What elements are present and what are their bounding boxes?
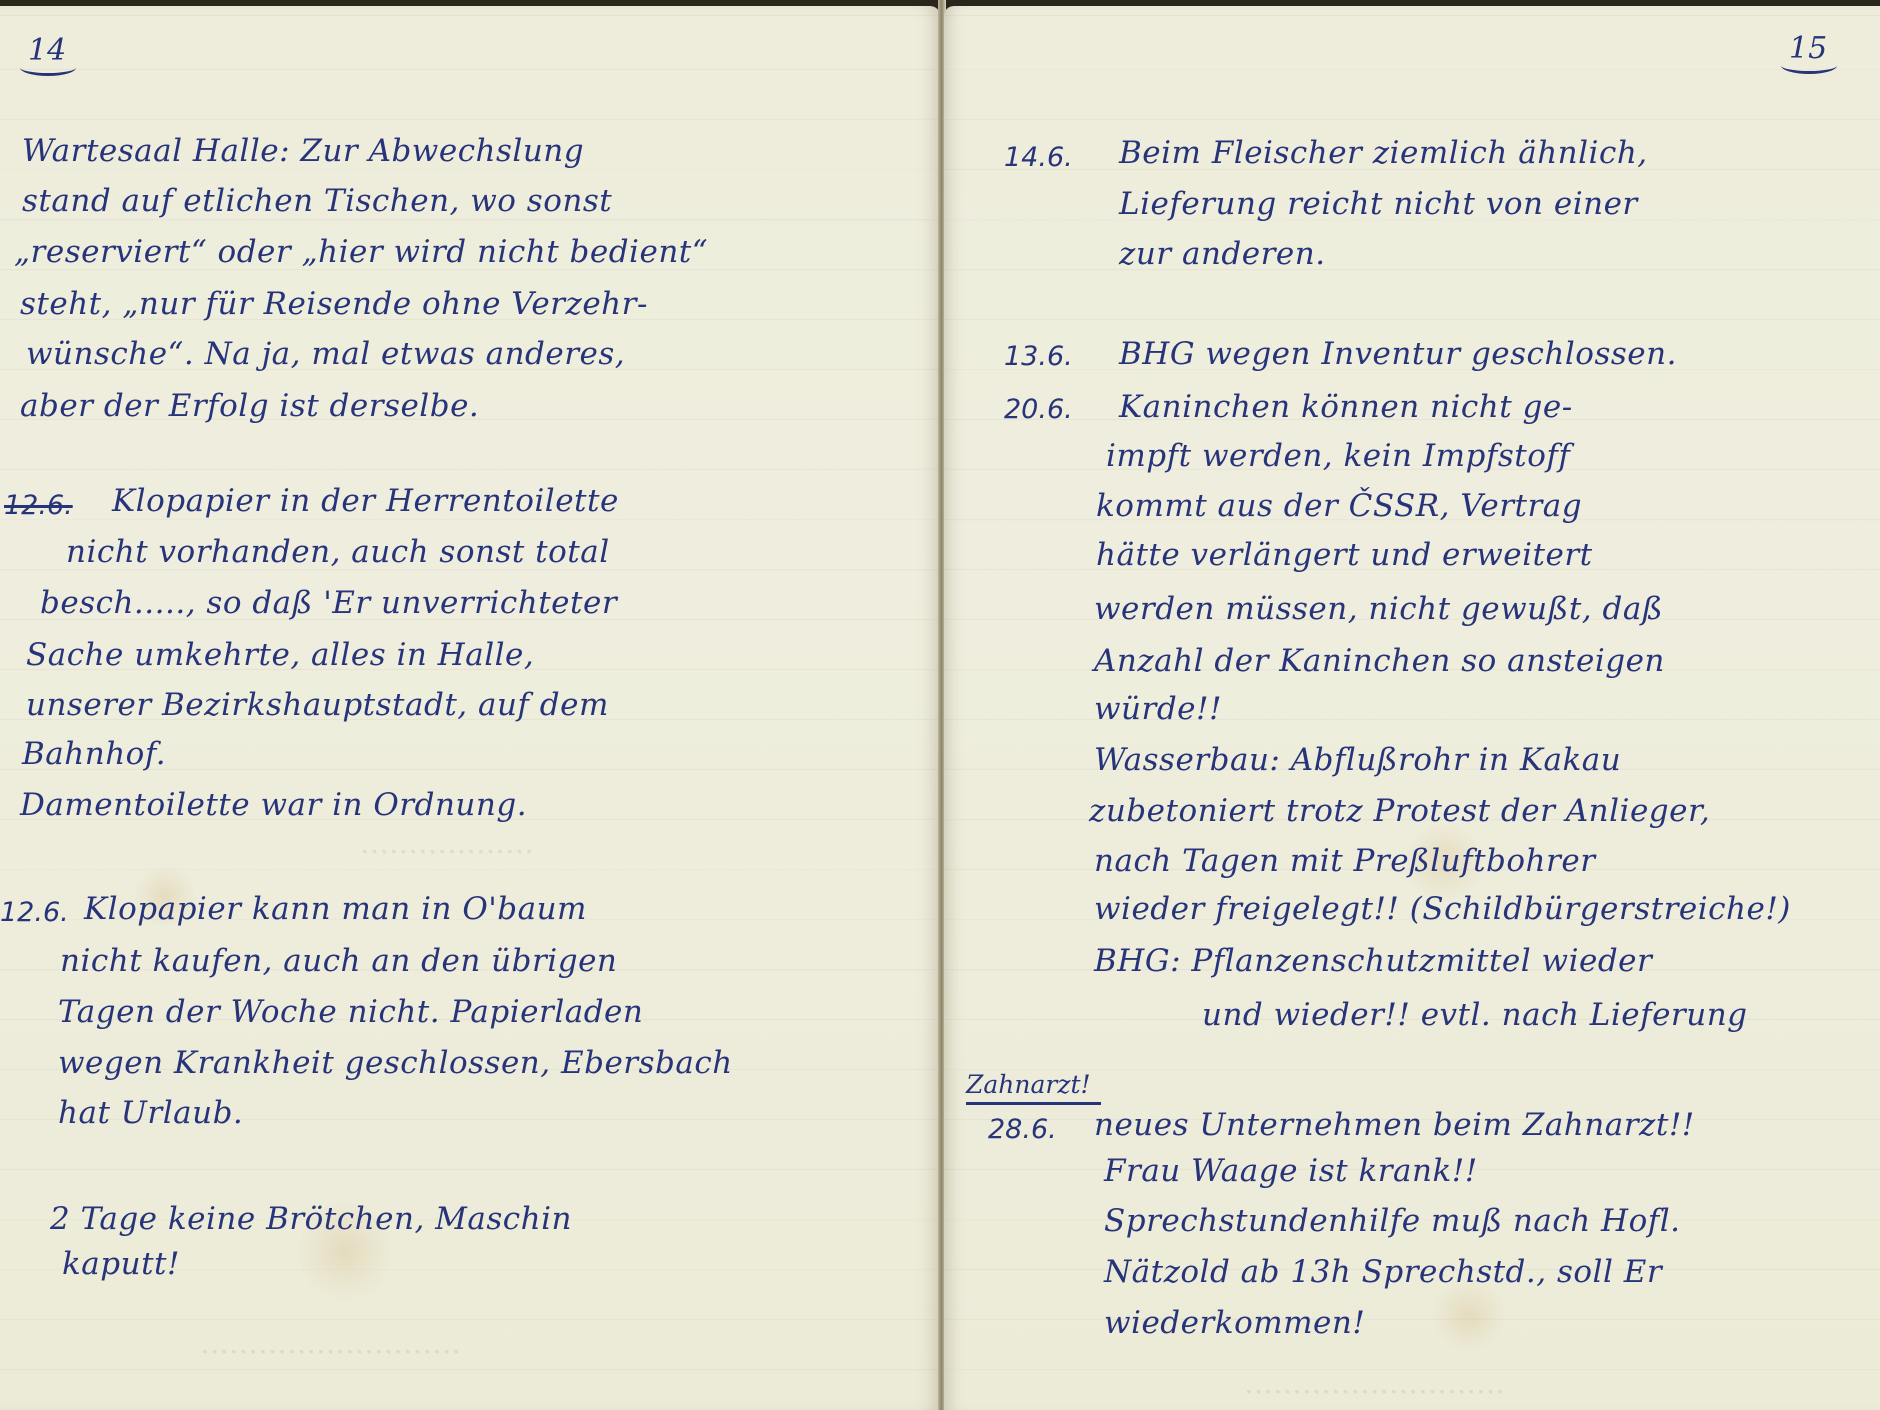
bleed-through-text: ……………………… bbox=[1244, 1366, 1505, 1400]
entry-date-struck: 12.6. bbox=[4, 492, 73, 519]
handwritten-line: „reserviert“ oder „hier wird nicht bedie… bbox=[14, 237, 708, 268]
handwritten-line: zur anderen. bbox=[1119, 239, 1326, 270]
handwritten-line: Wasserbau: Abflußrohr in Kakau bbox=[1094, 745, 1621, 776]
handwritten-line: würde!! bbox=[1094, 694, 1222, 725]
handwritten-line: wieder freigelegt!! (Schildbürgerstreich… bbox=[1094, 894, 1791, 925]
handwritten-line: Frau Waage ist krank!! bbox=[1104, 1156, 1478, 1187]
bleed-through-text: ……………………… bbox=[200, 1326, 461, 1360]
handwritten-line: und wieder!! evtl. nach Lieferung bbox=[1202, 1000, 1748, 1031]
entry-date: 13.6. bbox=[1004, 343, 1073, 370]
handwritten-line: aber der Erfolg ist derselbe. bbox=[20, 391, 479, 422]
handwritten-line: steht, „nur für Reisende ohne Verzehr- bbox=[20, 289, 648, 320]
handwritten-line: unserer Bezirkshauptstadt, auf dem bbox=[26, 690, 609, 721]
page-number: 15 bbox=[1789, 34, 1827, 64]
handwritten-line: Beim Fleischer ziemlich ähnlich, bbox=[1119, 138, 1648, 169]
handwritten-line: Damentoilette war in Ordnung. bbox=[20, 790, 527, 821]
entry-date: 14.6. bbox=[1004, 144, 1073, 171]
handwritten-line: 2 Tage keine Brötchen, Maschin bbox=[50, 1204, 572, 1235]
notebook-spread: ……………… ……………………… 14 Wartesaal Halle: Zur… bbox=[0, 0, 1880, 1410]
handwritten-line: impft werden, kein Impfstoff bbox=[1106, 441, 1570, 472]
handwritten-line: nicht kaufen, auch an den übrigen bbox=[60, 946, 617, 977]
left-page: ……………… ……………………… 14 Wartesaal Halle: Zur… bbox=[0, 6, 940, 1410]
handwritten-line: Lieferung reicht nicht von einer bbox=[1119, 189, 1638, 220]
handwritten-line: stand auf etlichen Tischen, wo sonst bbox=[22, 186, 612, 217]
handwritten-line: Anzahl der Kaninchen so ansteigen bbox=[1094, 646, 1665, 677]
handwritten-line: wiederkommen! bbox=[1104, 1308, 1365, 1339]
right-page: ……………………… 15 14.6. Beim Fleischer ziemli… bbox=[944, 6, 1880, 1410]
handwritten-line: wünsche“. Na ja, mal etwas anderes, bbox=[26, 339, 625, 370]
entry-date: 12.6. bbox=[0, 899, 69, 926]
handwritten-line: Tagen der Woche nicht. Papierladen bbox=[58, 997, 643, 1028]
handwritten-line: nicht vorhanden, auch sonst total bbox=[66, 537, 610, 568]
margin-note: Zahnarzt! bbox=[966, 1072, 1091, 1097]
handwritten-line: Wartesaal Halle: Zur Abwechslung bbox=[22, 136, 902, 167]
handwritten-line: neues Unternehmen beim Zahnarzt!! bbox=[1094, 1110, 1695, 1141]
handwritten-line: werden müssen, nicht gewußt, daß bbox=[1094, 594, 1663, 625]
handwritten-line: besch....., so daß 'Er unverrichteter bbox=[40, 588, 617, 619]
handwritten-line: kaputt! bbox=[62, 1249, 180, 1280]
handwritten-line: BHG: Pflanzenschutzmittel wieder bbox=[1094, 946, 1652, 977]
handwritten-line: hat Urlaub. bbox=[58, 1098, 243, 1129]
entry-date: 28.6. bbox=[988, 1116, 1057, 1143]
entry-date: 20.6. bbox=[1004, 396, 1073, 423]
handwritten-line: Sache umkehrte, alles in Halle, bbox=[26, 640, 534, 671]
handwritten-line: Klopapier kann man in O'baum bbox=[84, 894, 587, 925]
page-number: 14 bbox=[28, 36, 66, 66]
handwritten-line: Kaninchen können nicht ge- bbox=[1119, 392, 1573, 423]
handwritten-line: Sprechstundenhilfe muß nach Hofl. bbox=[1104, 1206, 1680, 1237]
handwritten-line: nach Tagen mit Preßluftbohrer bbox=[1094, 846, 1596, 877]
handwritten-line: hätte verlängert und erweitert bbox=[1096, 540, 1593, 571]
handwritten-line: zubetoniert trotz Protest der Anlieger, bbox=[1089, 796, 1710, 827]
bleed-through-text: ……………… bbox=[360, 826, 534, 860]
handwritten-line: kommt aus der ČSSR, Vertrag bbox=[1096, 491, 1582, 522]
handwritten-line: Klopapier in der Herrentoilette bbox=[112, 486, 619, 517]
handwritten-line: Bahnhof. bbox=[22, 739, 166, 770]
handwritten-line: BHG wegen Inventur geschlossen. bbox=[1119, 339, 1677, 370]
handwritten-line: Nätzold ab 13h Sprechstd., soll Er bbox=[1104, 1257, 1662, 1288]
handwritten-line: wegen Krankheit geschlossen, Ebersbach bbox=[58, 1048, 733, 1079]
